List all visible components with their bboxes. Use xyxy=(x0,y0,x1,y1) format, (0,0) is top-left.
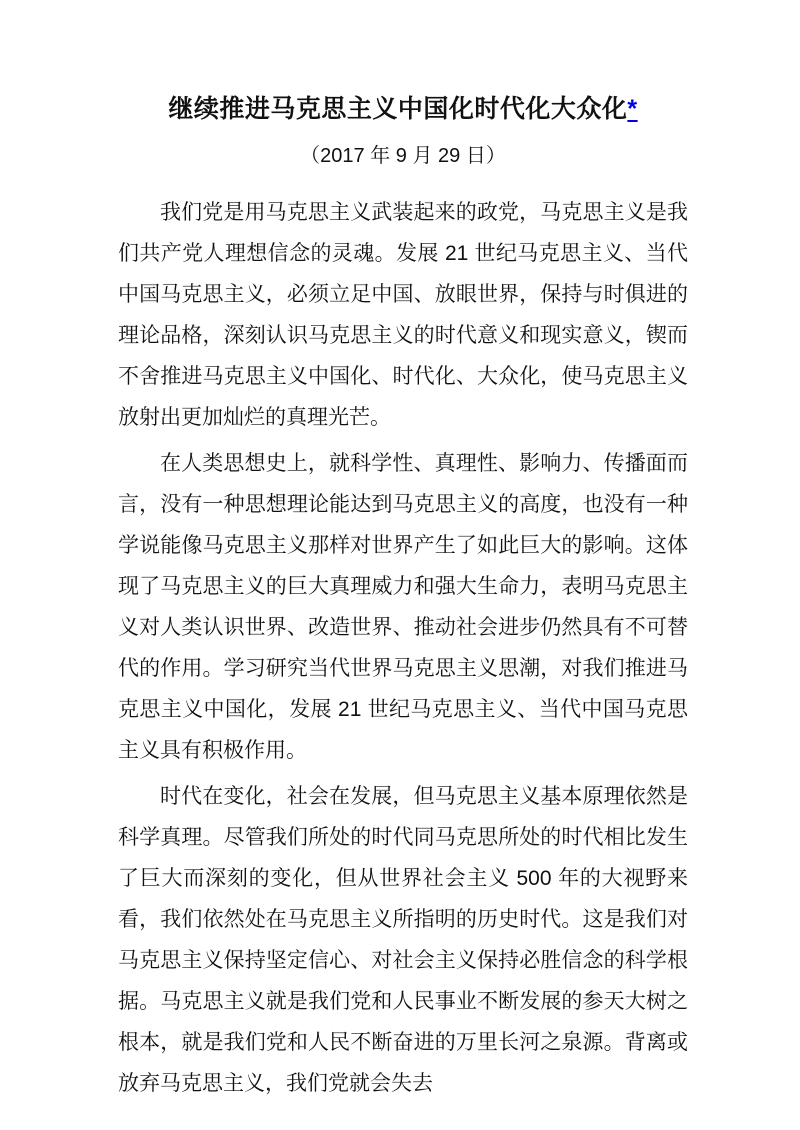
paragraph-1: 我们党是用马克思主义武装起来的政党，马克思主义是我们共产党人理想信念的灵魂。发展… xyxy=(118,192,688,438)
document-page: 继续推进马克思主义中国化时代化大众化* （2017 年 9 月 29 日） 我们… xyxy=(0,0,800,1130)
document-date: （2017 年 9 月 29 日） xyxy=(118,142,688,170)
paragraph-2: 在人类思想史上，就科学性、真理性、影响力、传播面而言，没有一种思想理论能达到马克… xyxy=(118,443,688,771)
document-body: 我们党是用马克思主义武装起来的政党，马克思主义是我们共产党人理想信念的灵魂。发展… xyxy=(118,192,688,1104)
footnote-reference-link[interactable]: * xyxy=(627,95,637,123)
paragraph-3: 时代在变化，社会在发展，但马克思主义基本原理依然是科学真理。尽管我们所处的时代同… xyxy=(118,776,688,1104)
document-title: 继续推进马克思主义中国化时代化大众化* xyxy=(118,0,688,126)
document-title-text: 继续推进马克思主义中国化时代化大众化 xyxy=(168,95,627,123)
